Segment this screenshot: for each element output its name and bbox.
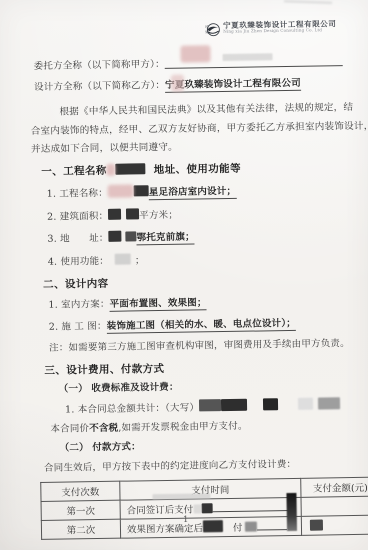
redaction-dark-address-2	[125, 231, 136, 241]
redaction-pink-client	[180, 45, 210, 62]
total-amount-label: 1. 本合同总金额共计：（大写）	[65, 402, 199, 415]
company-logo-icon: 玖 臻	[205, 22, 220, 37]
payment-table-intro: 合同生效后，甲方按下表中的约定进度向乙方支付设计费：	[44, 457, 364, 476]
tax-note-line: 本合同价不含税,如需开发票税金由甲方支付。	[50, 418, 363, 437]
payment-table: 支付次数 支付时间 支付金额(元) 第一次 合同签订后支付 第二次 效果图方案确…	[40, 477, 361, 540]
client-name-line: 委托方全称（以下简称甲方）：	[34, 55, 358, 74]
interior-plan-item: 1. 室内方案：平面布置图、效果图；	[48, 294, 361, 313]
redaction-pink-project-name	[108, 184, 134, 197]
redaction-row1-b	[201, 503, 212, 513]
company-name-en: Ning xia Jiu Zhen Design Consulting Co. …	[223, 28, 325, 35]
construction-drawing-label: 2. 施 工 图：	[49, 320, 107, 332]
review-note: 注：如需要第三方施工图审查机构审图，审图费用及手续由甲方负责。	[49, 337, 362, 356]
address-label: 3. 地 址：	[47, 233, 108, 245]
building-area-item: 2. 建筑面积：平方米；	[47, 204, 360, 224]
redaction-dark-address-1	[108, 231, 121, 242]
company-logo: 玖 臻 宁夏玖臻装饰设计工程有限公司 Ning xia Jiu Zhen Des…	[205, 19, 357, 45]
redaction-amount-5	[318, 397, 340, 409]
usage-label: 4. 使用功能：	[48, 255, 109, 267]
redaction-gray-usage	[115, 253, 131, 264]
designer-name-line: 设计方全称（以下简称乙方）：宁夏玖臻装饰设计工程有限公司	[34, 76, 358, 95]
row2-times: 第二次	[41, 519, 120, 539]
payment-method-subtitle: （二） 付款方式：	[60, 437, 364, 456]
tax-note-post: ,如需开发票税金由甲方支付。	[118, 421, 247, 434]
row1-blank-line	[212, 501, 290, 512]
client-name-label: 委托方全称（以下简称甲方）：	[34, 59, 165, 72]
redaction-row2-a	[203, 520, 223, 532]
svg-text:玖: 玖	[205, 24, 209, 29]
fee-standard-subtitle: （一） 收费标准及设计费：	[59, 378, 363, 397]
redaction-dark-bar	[286, 493, 297, 531]
construction-drawing-item: 2. 施 工 图：装饰施工图（相关的水、暖、电点位设计）；	[49, 315, 362, 334]
project-name-item: 1. 工程名称：星足浴店室内设计；	[47, 181, 360, 202]
preamble-line-3: 并达成如下合同，以便共同遵守。	[31, 136, 359, 160]
tax-note-bold: 不含税	[89, 423, 118, 434]
section1-title: 一、工程名称地址、使用功能等	[41, 159, 359, 178]
section1-title-suffix: 地址、使用功能等	[154, 162, 241, 175]
row2-amount	[301, 515, 368, 535]
redaction-header-smudge	[152, 493, 210, 500]
building-area-label: 2. 建筑面积：	[47, 210, 108, 222]
redaction-dark-area-1	[108, 208, 121, 219]
payment-row-2: 第二次 效果图方案确定后付	[41, 515, 368, 539]
redaction-amount-3	[263, 398, 278, 410]
project-name-value: 星足浴店室内设计；	[149, 186, 237, 200]
redaction-pink-designer	[171, 75, 184, 92]
total-amount-line: 1. 本合同总金额共计：（大写）	[65, 397, 363, 418]
client-name-blank	[165, 55, 343, 69]
contract-page: 玖 臻 宁夏玖臻装饰设计工程有限公司 Ning xia Jiu Zhen Des…	[0, 0, 368, 550]
redaction-dark-project	[116, 163, 146, 174]
preamble: 根据《中华人民共和国民法典》以及其他有关法律，法规的规定，结 合室内装饰的特点，…	[34, 99, 359, 160]
redaction-dark-area-2	[126, 208, 139, 219]
col-header-amount: 支付金额(元)	[301, 477, 368, 497]
page-number: 1	[183, 515, 188, 525]
redaction-row2-amount	[310, 519, 323, 530]
redaction-pink-project	[107, 163, 116, 175]
row2-blank-line	[256, 520, 286, 530]
tax-note-pre: 本合同价	[50, 423, 89, 435]
row1-amount	[301, 496, 368, 516]
interior-plan-value: 平面布置图、效果图；	[110, 297, 207, 312]
usage-value: ；	[135, 255, 145, 266]
section1-title-prefix: 一、工程名称	[41, 164, 107, 177]
row2-time-suffix: 付	[233, 523, 243, 534]
project-name-label: 1. 工程名称：	[47, 188, 108, 200]
designer-name-label: 设计方全称（以下简称乙方）：	[34, 80, 165, 93]
usage-item: 4. 使用功能：；	[48, 249, 361, 269]
building-area-value: 平方米；	[139, 209, 178, 221]
address-value: 鄂托克前旗；	[137, 231, 195, 245]
redaction-row1-a	[193, 504, 201, 513]
address-item: 3. 地 址：鄂托克前旗；	[47, 227, 360, 247]
redaction-row2-b	[244, 522, 256, 532]
scan-artifact	[284, 0, 332, 4]
redaction-amount-4	[298, 398, 313, 410]
svg-text:臻: 臻	[205, 29, 209, 34]
section3-title: 三、设计费用、付款方式	[44, 359, 362, 378]
redaction-dark-project-name	[134, 185, 149, 196]
redaction-amount-1	[199, 399, 221, 411]
section2-title: 二、设计内容	[43, 272, 361, 291]
contract-content: 玖 臻 宁夏玖臻装饰设计工程有限公司 Ning xia Jiu Zhen Des…	[33, 17, 365, 540]
construction-drawing-value: 装饰施工图（相关的水、暖、电点位设计）；	[107, 317, 296, 333]
designer-name-value: 宁夏玖臻装饰设计工程有限公司	[165, 78, 301, 93]
company-logo-text: 宁夏玖臻装饰设计工程有限公司 Ning xia Jiu Zhen Design …	[223, 19, 337, 36]
row2-time-text: 效果图方案确定后	[127, 523, 203, 535]
redaction-amount-2	[221, 399, 247, 411]
col-header-times: 支付次数	[41, 481, 120, 501]
row1-times: 第一次	[41, 500, 120, 520]
redaction-smudge-client	[223, 53, 273, 61]
interior-plan-label: 1. 室内方案：	[48, 299, 109, 311]
row2-time: 效果图方案确定后付	[120, 516, 301, 538]
